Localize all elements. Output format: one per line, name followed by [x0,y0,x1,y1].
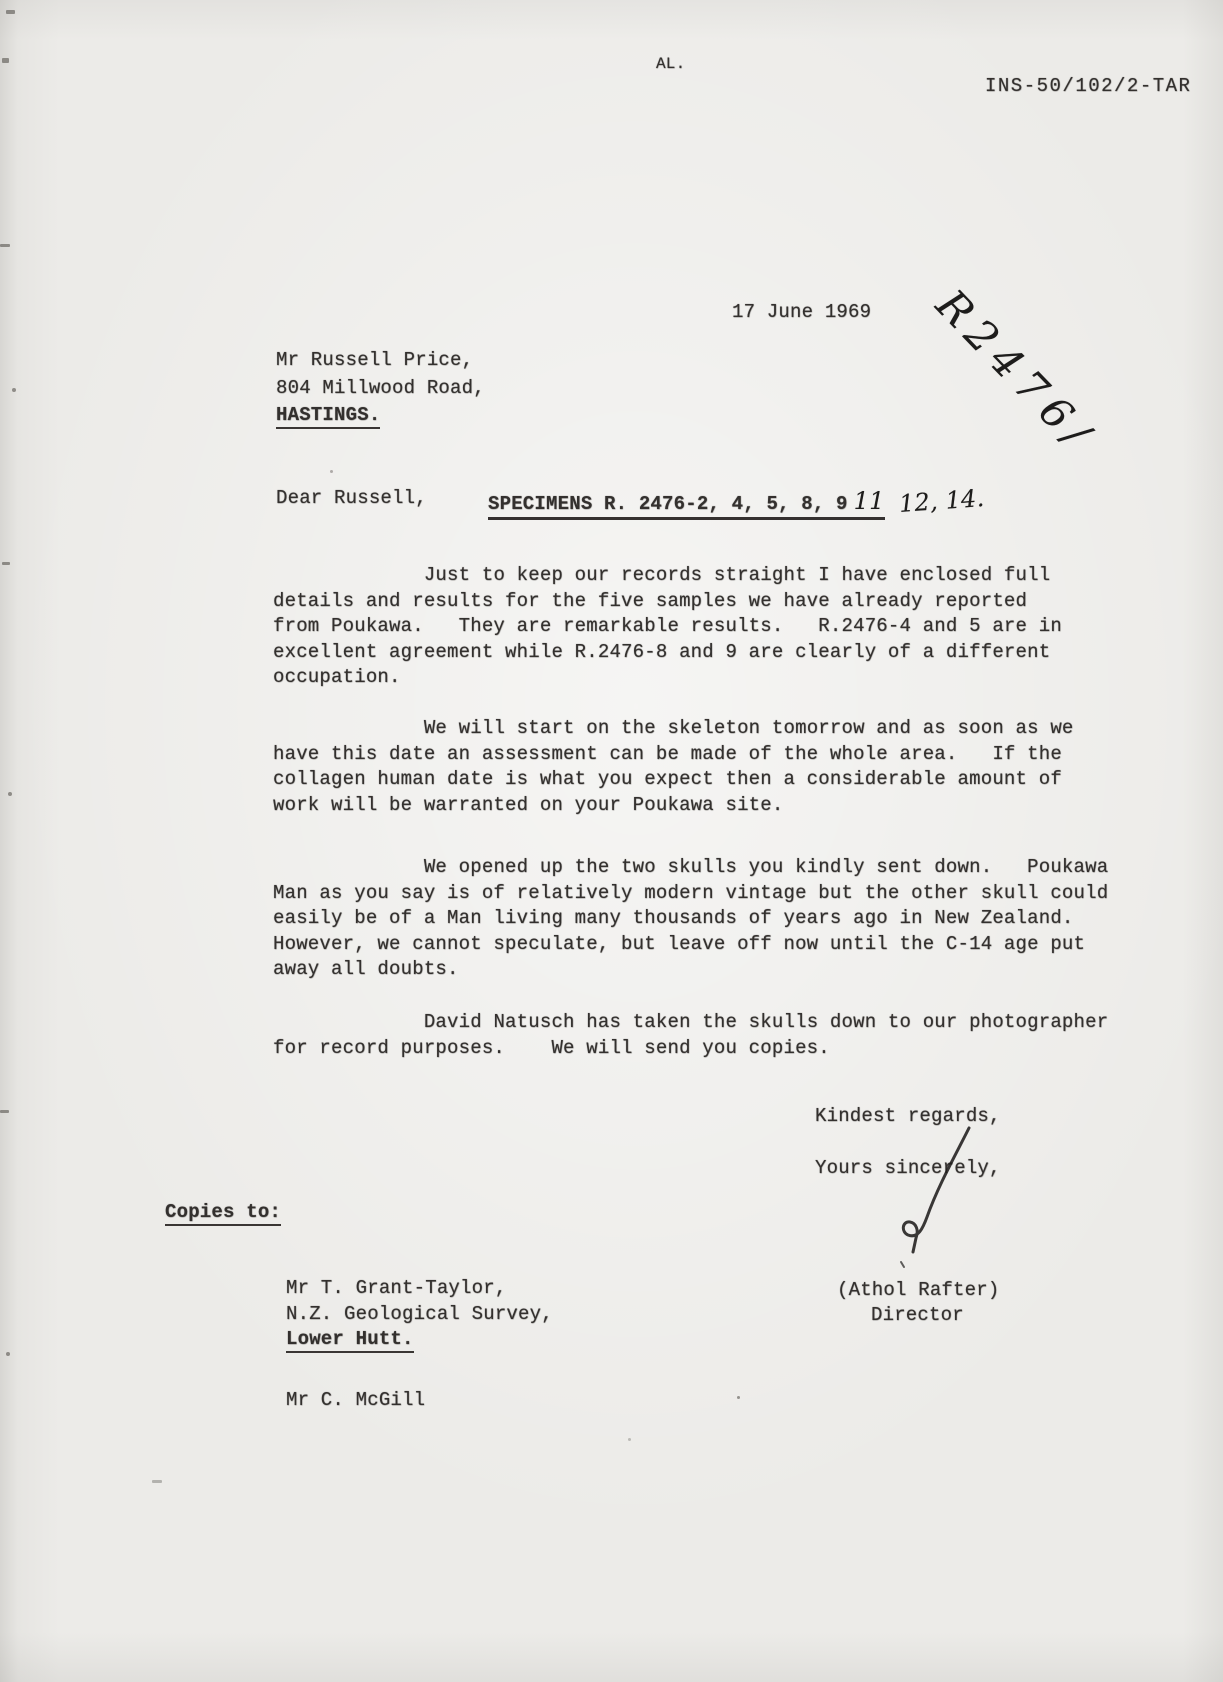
copy-recipient-city: Lower Hutt. [286,1327,414,1353]
letter-page: AL. INS-50/102/2-TAR 17 June 1969 R2476/… [0,0,1223,1682]
signature-stroke [893,1122,983,1272]
scan-speck [628,1438,631,1441]
copies-recipient-2: Mr C. McGill [286,1388,425,1414]
letter-date: 17 June 1969 [732,300,871,326]
recipient-name: Mr Russell Price, [276,348,473,374]
copy-recipient-org: N.Z. Geological Survey, [286,1302,553,1328]
scan-speck [0,1110,9,1113]
scan-speck [12,388,16,392]
subject-underlined-group: SPECIMENS R. 2476-2, 4, 5, 8, 911 [488,493,885,520]
scan-speck [2,562,10,565]
recipient-street: 804 Millwood Road, [276,376,485,402]
subject-handwritten-12-14: 12, 14. [898,486,985,517]
recipient-city: HASTINGS. [276,403,380,429]
copy-recipient-name: Mr T. Grant-Taylor, [286,1276,506,1302]
scan-speck [152,1480,162,1483]
copies-label-text: Copies to: [165,1201,281,1226]
handwritten-specimen-code: R2476/ [927,280,1106,463]
signatory-title: Director [871,1303,964,1329]
copy-recipient-city-text: Lower Hutt. [286,1328,414,1353]
salutation: Dear Russell, [276,486,427,512]
page-corner-mark: AL. [656,52,685,78]
subject-typed: SPECIMENS R. 2476-2, 4, 5, 8, 9 [488,493,848,515]
scan-speck [8,792,12,796]
scan-speck [2,58,9,63]
scan-speck [6,1352,10,1356]
signatory-name: (Athol Rafter) [837,1278,999,1304]
scan-speck [0,244,10,247]
scan-speck [737,1396,740,1399]
subject-line: SPECIMENS R. 2476-2, 4, 5, 8, 91112, 14. [488,489,984,518]
paragraph-4: David Natusch has taken the skulls down … [273,1010,1113,1061]
paragraph-1: Just to keep our records straight I have… [273,563,1103,691]
reference-number: INS-50/102/2-TAR [985,74,1191,100]
copies-label: Copies to: [165,1200,281,1226]
subject-handwritten-11: 11 [854,487,885,515]
scan-speck [6,10,15,14]
paragraph-3: We opened up the two skulls you kindly s… [273,855,1113,983]
scan-speck [330,470,333,473]
paragraph-2: We will start on the skeleton tomorrow a… [273,716,1103,818]
recipient-city-text: HASTINGS. [276,404,380,429]
